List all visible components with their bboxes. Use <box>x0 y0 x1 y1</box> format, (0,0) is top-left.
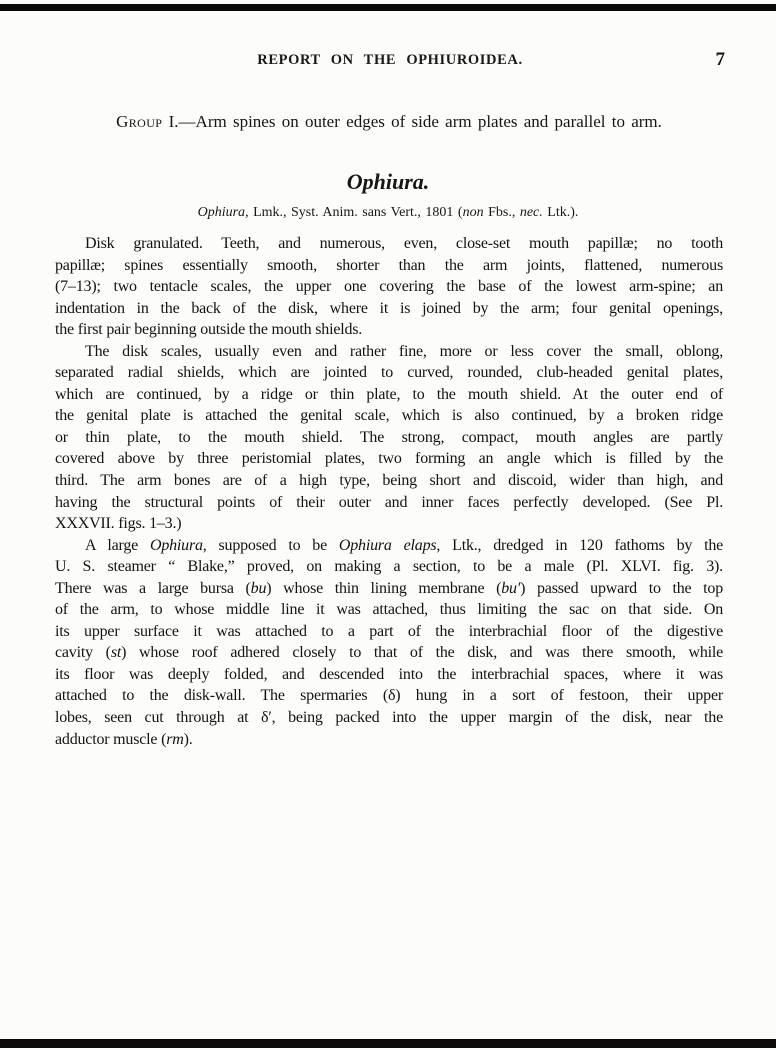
paragraph: The disk scales, usually even and rather… <box>55 341 723 535</box>
text-line: papillæ; spines essentially smooth, shor… <box>55 255 723 277</box>
text-line: of the arm, to whose middle line it was … <box>55 599 723 621</box>
paragraph: A large Ophiura, supposed to be Ophiura … <box>55 535 723 750</box>
text-line: third. The arm bones are of a high type,… <box>55 470 723 492</box>
body-text: Disk granulated. Teeth, and numerous, ev… <box>55 233 723 750</box>
group-heading: Group I.—Arm spines on outer edges of si… <box>55 112 723 132</box>
text-line: adductor muscle (rm). <box>55 729 723 751</box>
scanned-page: { "colors": { "paper": "#fcfcfb", "ink":… <box>0 0 776 1050</box>
text-line: separated radial shields, which are join… <box>55 362 723 384</box>
text-line: cavity (st) whose roof adhered closely t… <box>55 642 723 664</box>
text-line: having the structural points of their ou… <box>55 492 723 514</box>
text-line: XXXVII. figs. 1–3.) <box>55 513 723 535</box>
text-line: which are continued, by a ridge or thin … <box>55 384 723 406</box>
citation-line: Ophiura, Lmk., Syst. Anim. sans Vert., 1… <box>0 205 776 221</box>
text-line: attached to the disk-wall. The spermarie… <box>55 685 723 707</box>
scan-edge-bar-bottom <box>0 1039 776 1048</box>
text-line: Disk granulated. Teeth, and numerous, ev… <box>55 233 723 255</box>
running-header: REPORT ON THE OPHIUROIDEA. 7 <box>55 52 725 74</box>
text-line: (7–13); two tentacle scales, the upper o… <box>55 276 723 298</box>
text-line: lobes, seen cut through at δ′, being pac… <box>55 707 723 729</box>
text-line: covered above by three peristomial plate… <box>55 448 723 470</box>
group-heading-text: I.—Arm spines on outer edges of side arm… <box>162 112 662 131</box>
running-title: REPORT ON THE OPHIUROIDEA. <box>55 52 725 69</box>
page-number: 7 <box>716 49 726 71</box>
scan-edge-bar-top <box>0 4 776 11</box>
text-line: There was a large bursa (bu) whose thin … <box>55 578 723 600</box>
text-line: its upper surface it was attached to a p… <box>55 621 723 643</box>
text-line: or thin plate, to the mouth shield. The … <box>55 427 723 449</box>
text-line: A large Ophiura, supposed to be Ophiura … <box>55 535 723 557</box>
text-line: the genital plate is attached the genita… <box>55 405 723 427</box>
text-line: U. S. steamer “ Blake,” proved, on makin… <box>55 556 723 578</box>
text-line: The disk scales, usually even and rather… <box>55 341 723 363</box>
genus-heading: Ophiura. <box>0 169 776 195</box>
text-line: indentation in the back of the disk, whe… <box>55 298 723 320</box>
paragraph: Disk granulated. Teeth, and numerous, ev… <box>55 233 723 341</box>
text-line: the first pair beginning outside the mou… <box>55 319 723 341</box>
text-line: its floor was deeply folded, and descend… <box>55 664 723 686</box>
group-heading-lead: Group <box>116 112 162 131</box>
